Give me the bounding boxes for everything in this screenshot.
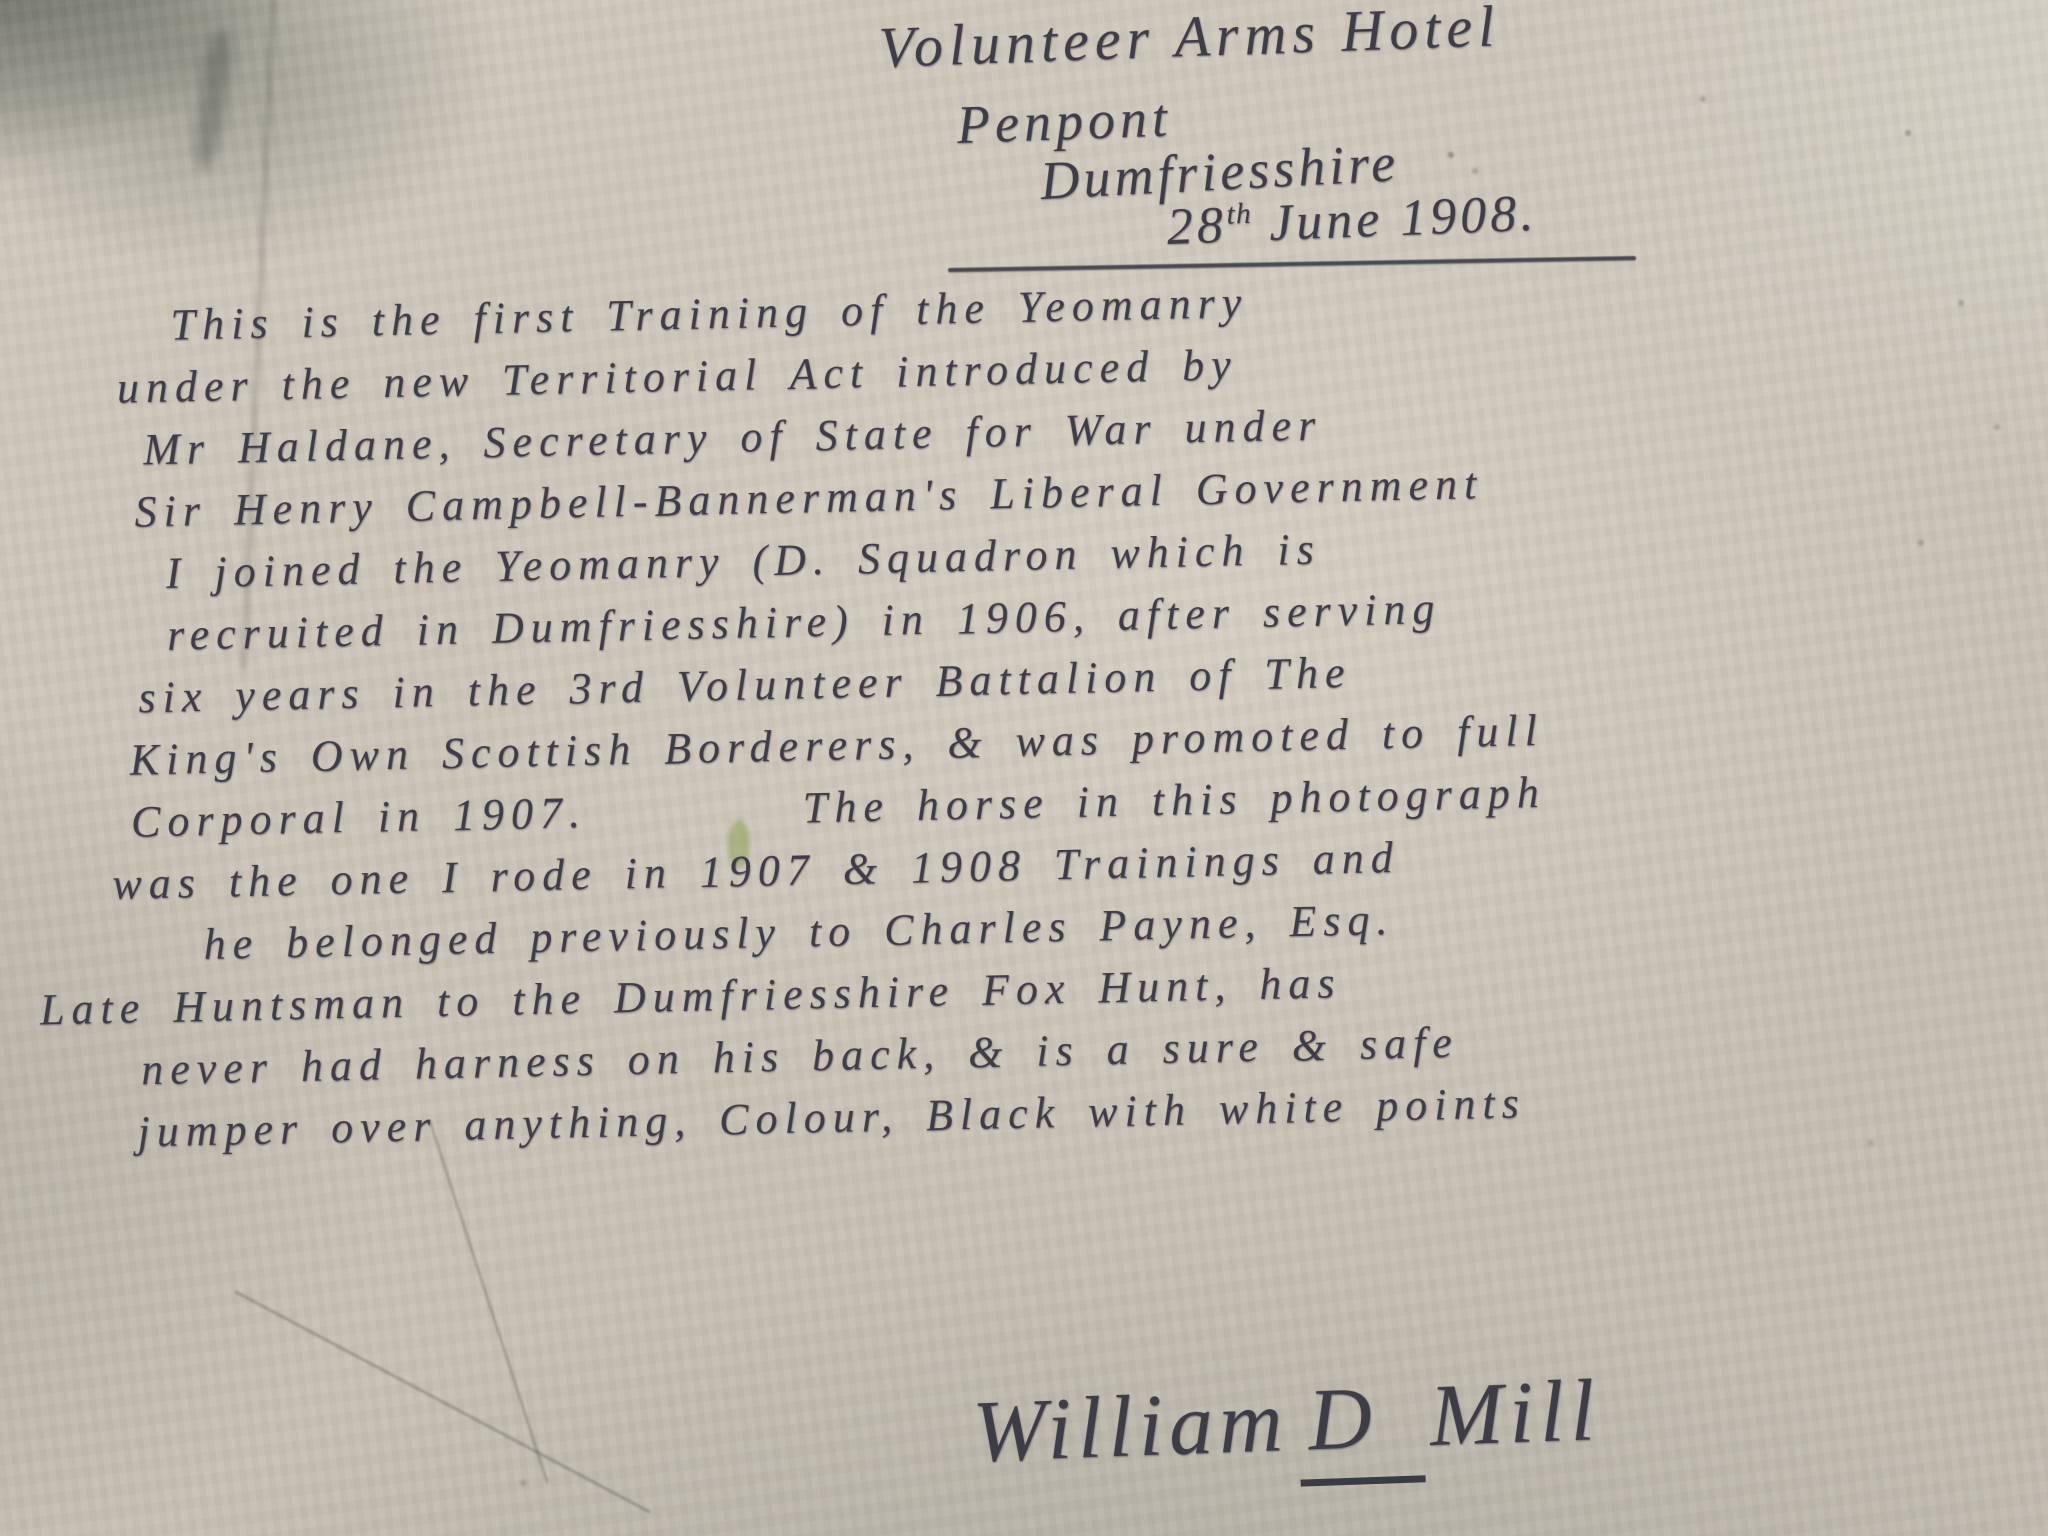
letter-body: This is the first Training of the Yeoman… <box>100 259 1868 1163</box>
signature-first-name: William <box>971 1373 1290 1481</box>
date-day: 28 <box>1166 197 1228 256</box>
photographed-handwritten-letter: Volunteer Arms Hotel Penpont Dumfriesshi… <box>0 0 2048 1536</box>
signature-surname: Mill <box>1428 1362 1602 1465</box>
signature: WilliamDMill <box>971 1360 1603 1498</box>
date-month-year: June 1908. <box>1251 185 1538 253</box>
paper-speckles <box>0 0 6 6</box>
date-ordinal: th <box>1226 197 1253 231</box>
signature-middle-initial: D <box>1297 1366 1427 1486</box>
